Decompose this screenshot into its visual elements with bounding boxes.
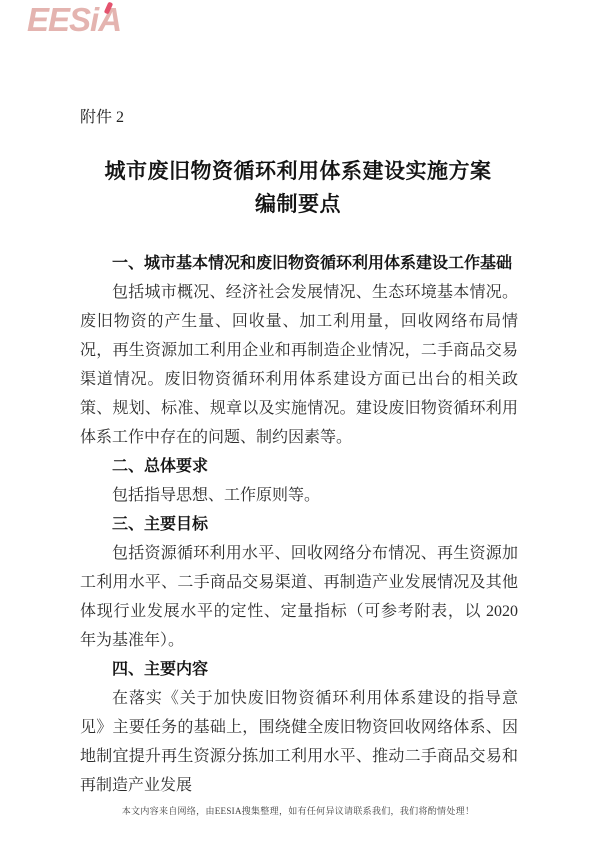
document-page: EESiA 附件 2 城市废旧物资循环利用体系建设实施方案 编制要点 一、城市基…	[0, 0, 596, 842]
document-title-line1: 城市废旧物资循环利用体系建设实施方案	[0, 155, 596, 188]
section-1-heading: 一、城市基本情况和废旧物资循环利用体系建设工作基础	[80, 249, 518, 278]
document-title: 城市废旧物资循环利用体系建设实施方案 编制要点	[0, 155, 596, 221]
section-3-paragraph: 包括资源循环利用水平、回收网络分布情况、再生资源加工利用水平、二手商品交易渠道、…	[80, 539, 518, 655]
section-2-heading: 二、总体要求	[80, 452, 518, 481]
section-3-heading: 三、主要目标	[80, 510, 518, 539]
section-1-paragraph: 包括城市概况、经济社会发展情况、生态环境基本情况。废旧物资的产生量、回收量、加工…	[80, 278, 518, 452]
eesia-logo: EESiA	[27, 1, 121, 39]
attachment-label: 附件 2	[80, 104, 124, 127]
section-4-paragraph: 在落实《关于加快废旧物资循环利用体系建设的指导意见》主要任务的基础上，围绕健全废…	[80, 684, 518, 800]
document-body: 一、城市基本情况和废旧物资循环利用体系建设工作基础 包括城市概况、经济社会发展情…	[80, 249, 518, 800]
section-4-heading: 四、主要内容	[80, 655, 518, 684]
document-title-line2: 编制要点	[0, 188, 596, 221]
disclaimer-footer: 本文内容来自网络，由EESIA搜集整理，如有任何异议请联系我们，我们将酌情处理！	[0, 804, 596, 817]
section-2-paragraph: 包括指导思想、工作原则等。	[80, 481, 518, 510]
